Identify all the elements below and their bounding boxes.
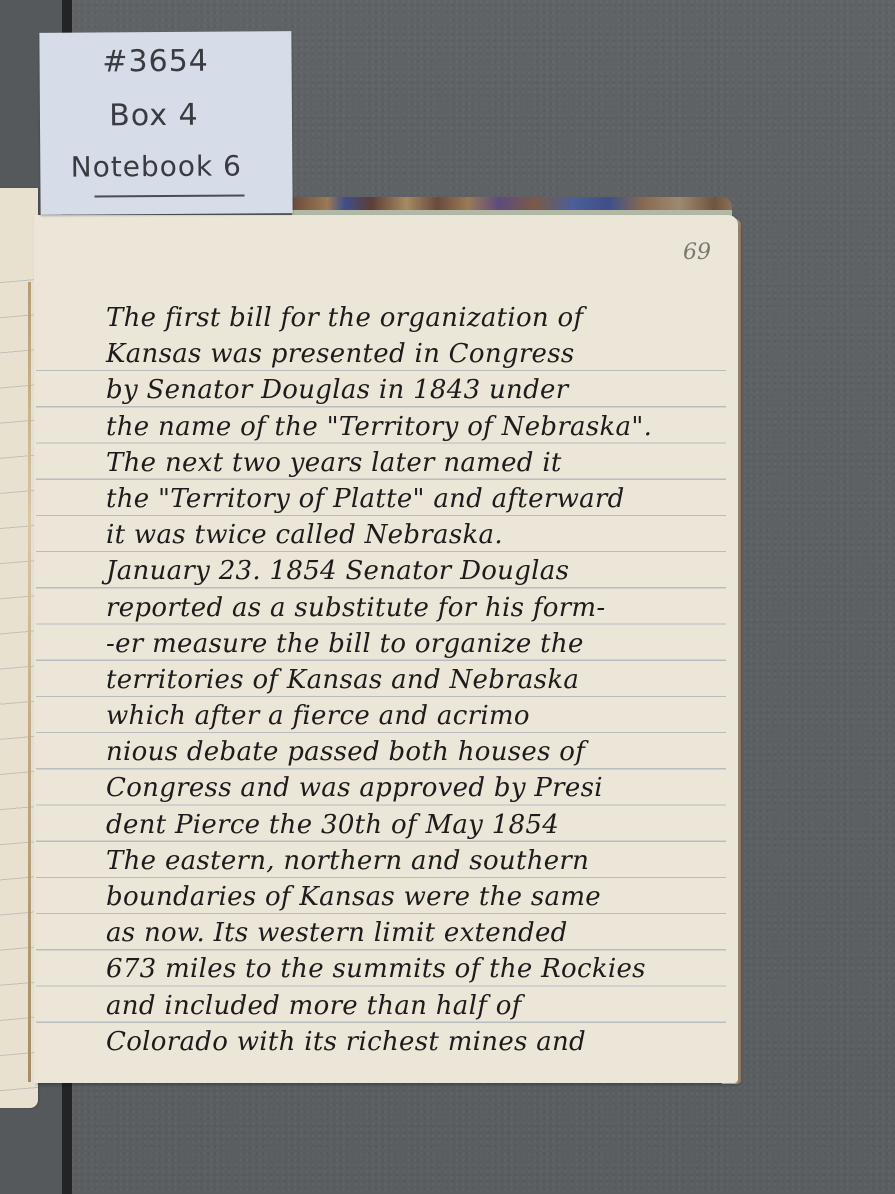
text-line: the "Territory of Platte" and afterward: [106, 481, 731, 517]
text-line: dent Pierce the 30th of May 1854: [106, 807, 731, 843]
text-line: by Senator Douglas in 1843 under: [106, 372, 731, 408]
text-line: The first bill for the organization of: [106, 300, 731, 336]
page-gutter: [28, 282, 31, 1082]
archive-label-tag: #3654 Box 4 Notebook 6: [39, 31, 292, 215]
text-line: it was twice called Nebraska.: [106, 517, 731, 553]
accession-number: #3654: [29, 43, 281, 80]
page-number: 69: [683, 240, 711, 265]
notebook-number: Notebook 6: [30, 149, 282, 184]
text-line: boundaries of Kansas were the same: [106, 879, 731, 915]
text-line: reported as a substitute for his form-: [106, 590, 731, 626]
text-line: Colorado with its richest mines and: [106, 1024, 731, 1060]
handwritten-text: The first bill for the organization of K…: [106, 300, 731, 1060]
text-line: which after a fierce and acrimo: [106, 698, 731, 734]
text-line: The eastern, northern and southern: [106, 843, 731, 879]
text-line: territories of Kansas and Nebraska: [106, 662, 731, 698]
text-line: January 23. 1854 Senator Douglas: [106, 553, 731, 589]
text-line: The next two years later named it: [106, 445, 731, 481]
text-line: nious debate passed both houses of: [106, 734, 731, 770]
label-underline: [95, 194, 245, 197]
text-line: Congress and was approved by Presi: [106, 770, 731, 806]
text-line: -er measure the bill to organize the: [106, 626, 731, 662]
text-line: 673 miles to the summits of the Rockies: [106, 951, 731, 987]
left-page-rules: [0, 248, 38, 1108]
text-line: and included more than half of: [106, 988, 731, 1024]
text-line: as now. Its western limit extended: [106, 915, 731, 951]
marbled-book-edge: [292, 197, 732, 211]
left-page: [0, 188, 38, 1108]
text-line: the name of the "Territory of Nebraska".: [106, 409, 731, 445]
text-line: Kansas was presented in Congress: [106, 336, 731, 372]
box-number: Box 4: [28, 97, 280, 134]
